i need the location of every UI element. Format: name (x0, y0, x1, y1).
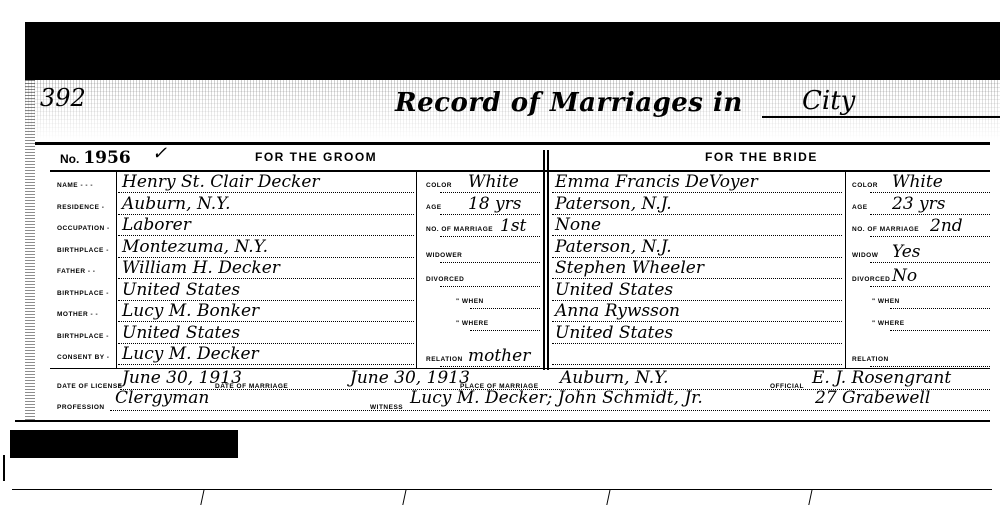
bride-side-divider (845, 172, 846, 368)
record-number-label: No. (60, 152, 79, 166)
profession-value: Clergyman (115, 390, 209, 407)
official-address-value: 27 Grabewell (815, 390, 930, 407)
groom-side-label: " WHEN (456, 298, 484, 305)
groom-header: FOR THE GROOM (255, 150, 377, 164)
groom-field-value: Auburn, N.Y. (122, 196, 231, 213)
groom-field-value: William H. Decker (122, 260, 280, 277)
profession-row-line (110, 410, 990, 411)
field-line (440, 262, 540, 263)
bride-side-value: Yes (892, 244, 921, 261)
field-line (552, 343, 842, 344)
page-number: 392 (40, 84, 86, 112)
field-line (870, 192, 990, 193)
field-line (118, 364, 414, 365)
groom-side-label: NO. OF MARRIAGE (426, 226, 493, 233)
bride-side-label: NO. OF MARRIAGE (852, 226, 919, 233)
field-line (552, 321, 842, 322)
form-bottom-rule (15, 420, 990, 422)
bride-field-value: Paterson, N.J. (555, 239, 672, 256)
groom-field-label: BIRTHPLACE - (57, 247, 109, 254)
header-rule (35, 142, 990, 145)
bride-field-value: Stephen Wheeler (555, 260, 704, 277)
bride-side-label: " WHERE (872, 320, 905, 327)
field-line (440, 214, 540, 215)
witness-value: Lucy M. Decker; John Schmidt, Jr. (410, 390, 703, 407)
official-value: E. J. Rosengrant (812, 370, 951, 387)
bride-side-label: DIVORCED (852, 276, 890, 283)
groom-side-label: COLOR (426, 182, 452, 189)
bride-side-value: 23 yrs (892, 196, 946, 213)
groom-field-value: United States (122, 282, 240, 299)
field-line (552, 235, 842, 236)
bride-field-value: United States (555, 282, 673, 299)
redaction-block (10, 430, 238, 458)
column-tick (200, 489, 204, 505)
groom-side-value: 1st (500, 218, 526, 235)
bride-field-value: United States (555, 325, 673, 342)
field-line (440, 192, 540, 193)
groom-side-value: mother (468, 348, 530, 365)
bride-side-label: WIDOW (852, 252, 878, 259)
field-line (470, 330, 540, 331)
record-number: No.1956 (60, 148, 131, 168)
field-line (890, 330, 990, 331)
groom-field-value: Lucy M. Bonker (122, 303, 259, 320)
field-line (552, 364, 842, 365)
bride-header: FOR THE BRIDE (705, 150, 818, 164)
groom-side-label: AGE (426, 204, 442, 211)
column-tick (808, 489, 812, 505)
bride-field-value: Emma Francis DeVoyer (555, 174, 758, 191)
bride-field-value: None (555, 217, 601, 234)
page-title: Record of Marriages in (395, 88, 743, 118)
column-tick (402, 489, 406, 505)
groom-field-value: Henry St. Clair Decker (122, 174, 320, 191)
groom-value-divider (116, 172, 117, 368)
bride-side-value: 2nd (930, 218, 963, 235)
field-line (440, 236, 540, 237)
bride-side-label: AGE (852, 204, 868, 211)
groom-side-value: White (468, 174, 519, 191)
field-line (552, 278, 842, 279)
groom-field-label: CONSENT BY - (57, 354, 109, 361)
groom-field-label: RESIDENCE - (57, 204, 104, 211)
groom-field-label: FATHER - - (57, 268, 95, 275)
bride-side-label: " WHEN (872, 298, 900, 305)
field-line (118, 321, 414, 322)
field-line (118, 235, 414, 236)
field-line (440, 366, 540, 367)
bride-field-value: Paterson, N.J. (555, 196, 672, 213)
groom-side-value: 18 yrs (468, 196, 522, 213)
next-form-line (12, 489, 992, 490)
field-line (118, 278, 414, 279)
profession-label: PROFESSION (57, 404, 105, 411)
bride-field-value: Anna Rywsson (555, 303, 680, 320)
field-line (870, 214, 990, 215)
groom-field-label: OCCUPATION - (57, 225, 110, 232)
groom-side-label: WIDOWER (426, 252, 462, 259)
groom-side-label: DIVORCED (426, 276, 464, 283)
bride-side-label: RELATION (852, 356, 889, 363)
bride-side-value: No (892, 268, 917, 285)
groom-bride-divider (543, 150, 545, 370)
groom-field-label: MOTHER - - (57, 311, 98, 318)
bride-side-value: White (892, 174, 943, 191)
groom-field-value: United States (122, 325, 240, 342)
record-number-value: 1956 (83, 148, 130, 168)
date-of-marriage-value: June 30, 1913 (350, 370, 470, 387)
groom-field-value: Laborer (122, 217, 191, 234)
bride-side-label: COLOR (852, 182, 878, 189)
groom-field-label: NAME - - - (57, 182, 93, 189)
field-line (870, 236, 990, 237)
groom-side-label: " WHERE (456, 320, 489, 327)
date-of-license-label: DATE OF LICENSE (57, 383, 123, 390)
field-line (870, 262, 990, 263)
groom-field-value: Montezuma, N.Y. (122, 239, 268, 256)
field-line (870, 286, 990, 287)
field-line (890, 308, 990, 309)
check-mark: ✓ (152, 143, 167, 164)
scan-edge-noise (25, 80, 35, 420)
title-fill-value: City (762, 86, 1000, 118)
groom-bride-divider-2 (547, 150, 549, 370)
groom-field-value: Lucy M. Decker (122, 346, 259, 363)
field-line (470, 308, 540, 309)
place-of-marriage-value: Auburn, N.Y. (560, 370, 669, 387)
field-line (870, 366, 990, 367)
field-line (118, 192, 414, 193)
field-line (440, 286, 540, 287)
groom-side-label: RELATION (426, 356, 463, 363)
groom-field-label: BIRTHPLACE - (57, 290, 109, 297)
field-line (552, 192, 842, 193)
groom-field-label: BIRTHPLACE - (57, 333, 109, 340)
column-tick (606, 489, 610, 505)
margin-bracket (3, 455, 9, 481)
groom-side-divider (416, 172, 417, 368)
